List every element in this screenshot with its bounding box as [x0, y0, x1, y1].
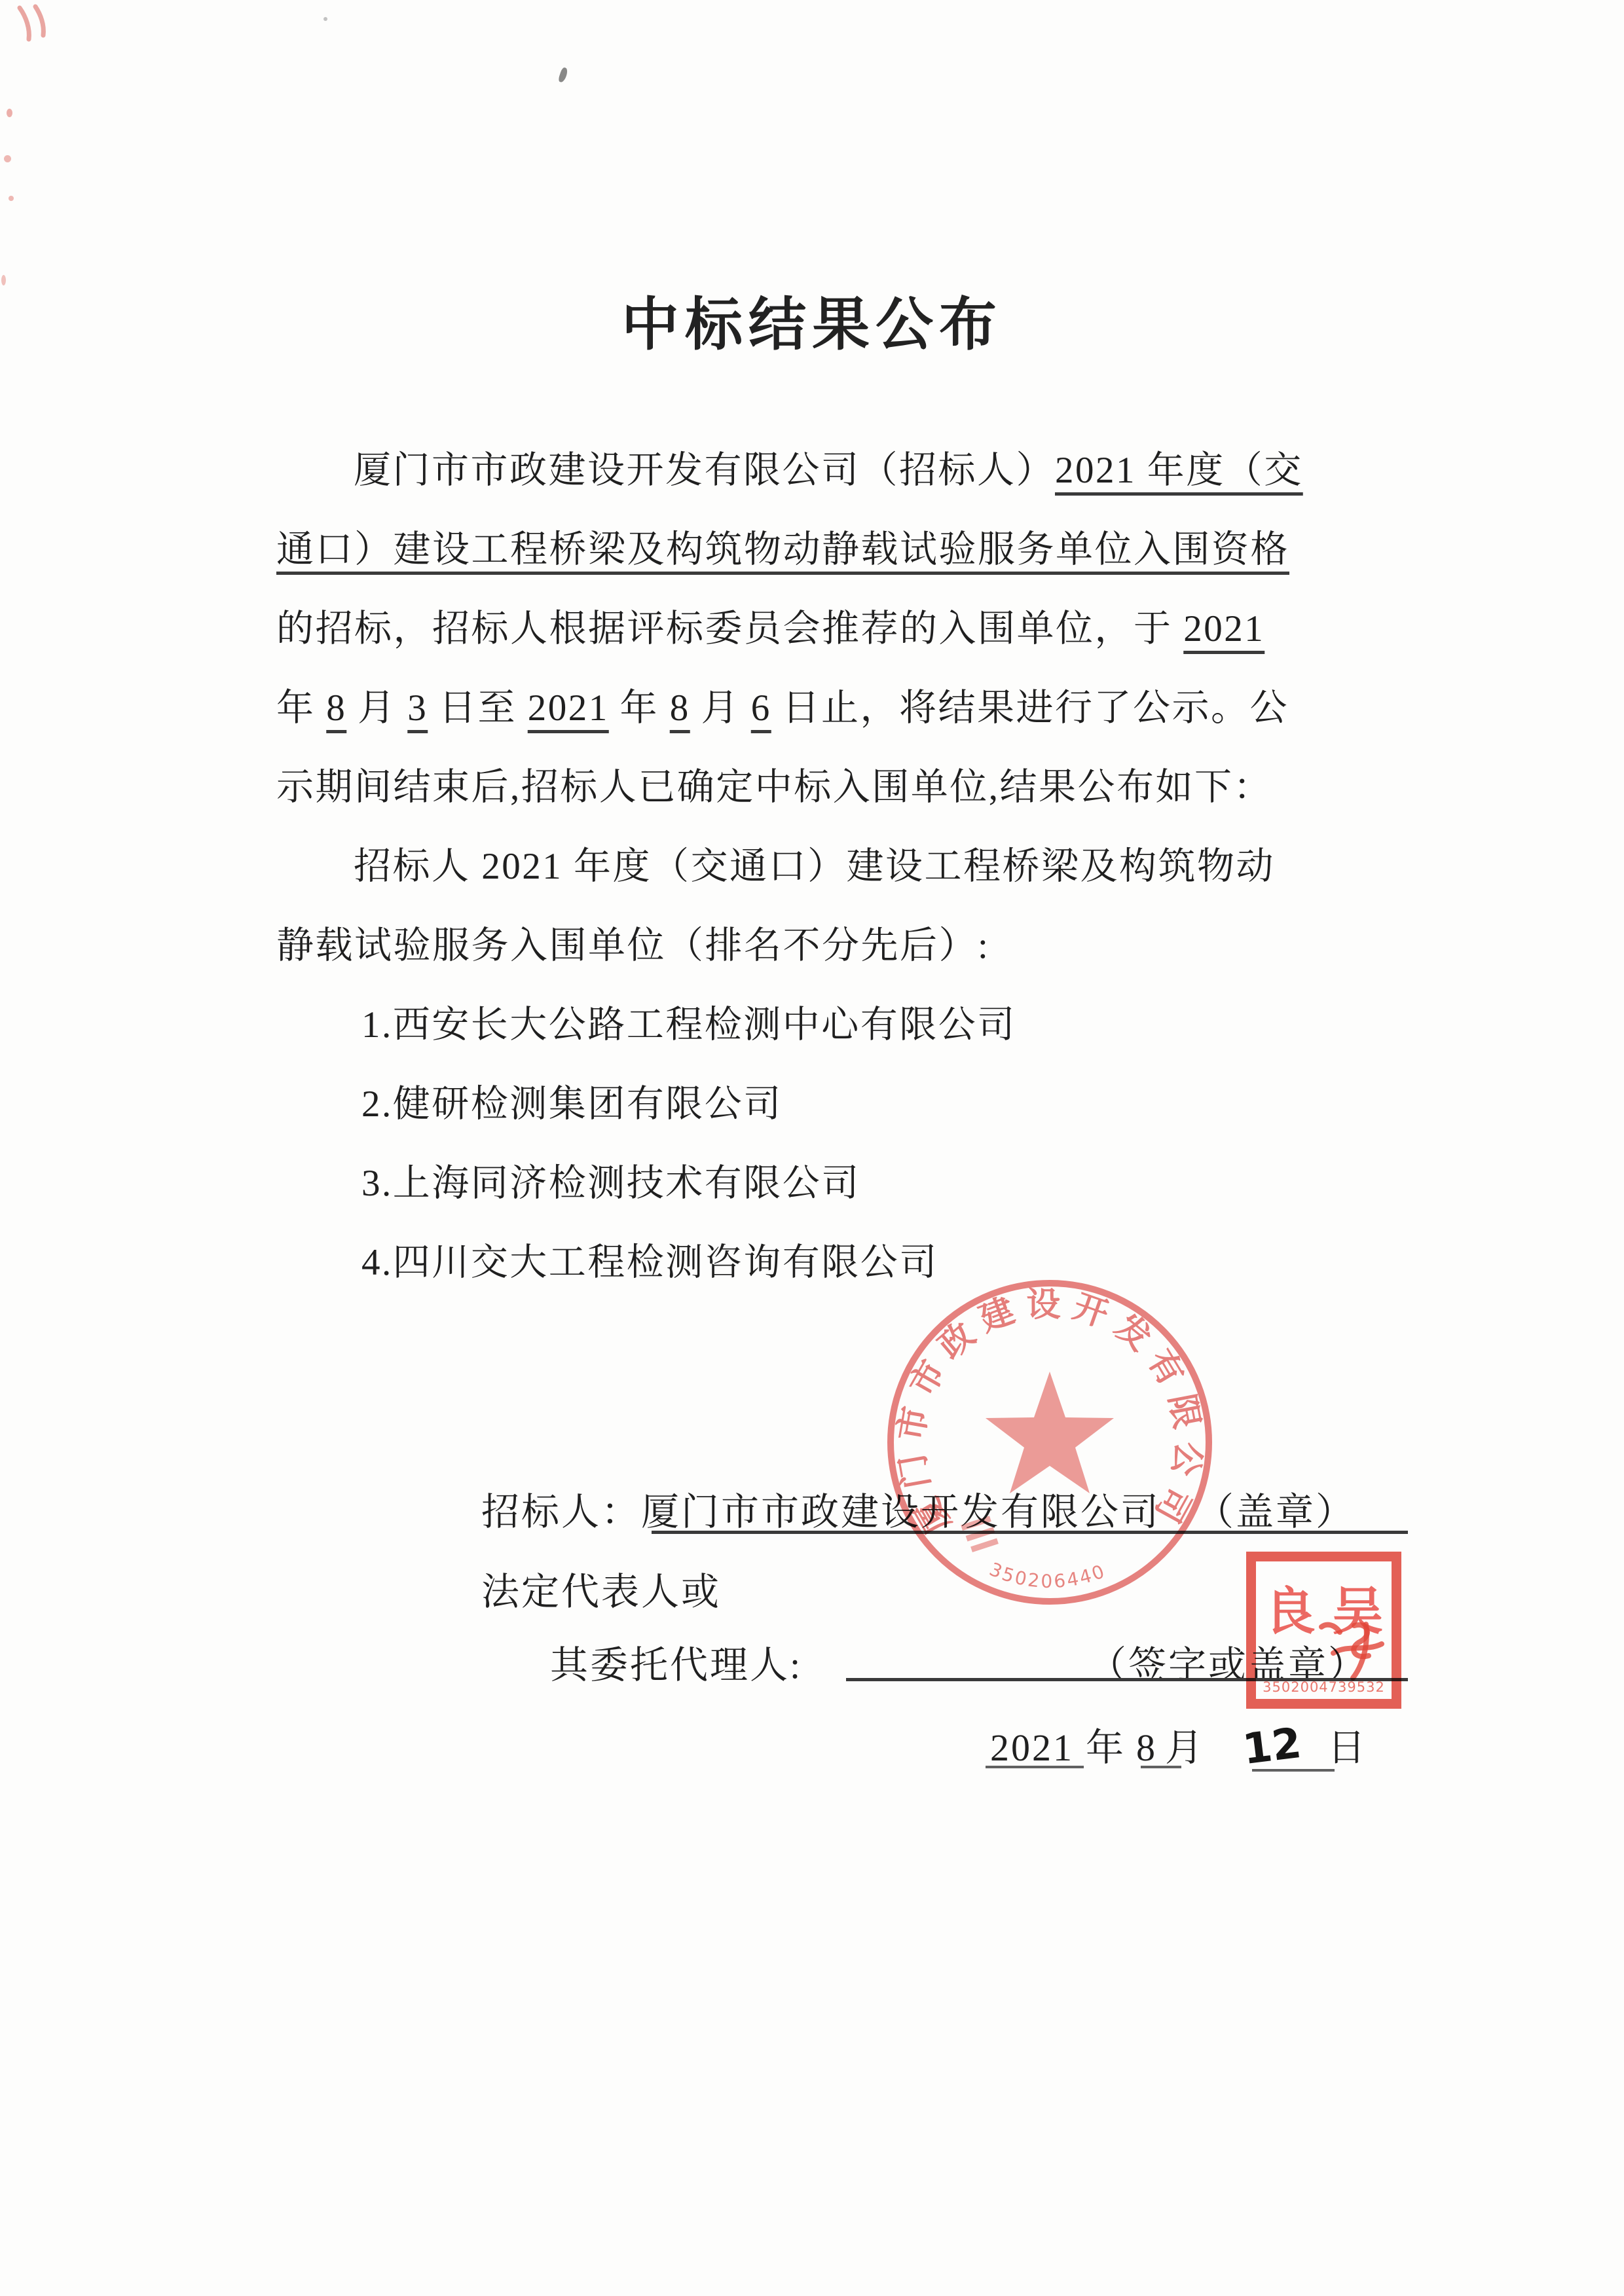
- document-page: { "doc": { "title": "中标结果公布" }, "body": …: [0, 0, 1624, 2296]
- list-item: 3.上海同济检测技术有限公司: [276, 1144, 1403, 1223]
- date-year-underline: [986, 1766, 1084, 1768]
- seal-signature-flourish: [1256, 1561, 1392, 1699]
- seal-note: （盖章）: [1196, 1491, 1356, 1533]
- scan-artifact-topleft: [13, 3, 50, 43]
- scan-artifact-dot: [323, 17, 327, 21]
- date-line: 2021年8月12日: [990, 1717, 1367, 1772]
- company-name: 3.上海同济检测技术有限公司: [361, 1163, 860, 1204]
- list-item: 1.西安长大公路工程检测中心有限公司: [276, 985, 1403, 1065]
- date-year: 2021: [990, 1726, 1074, 1770]
- seal-inner-mark: [961, 1516, 999, 1553]
- underlined-text: 2021: [528, 687, 609, 729]
- underlined-text: 2021 年度（交: [1055, 450, 1303, 491]
- paragraph1-line4: 年 8 月 3 日至 2021 年 8 月 6 日止，将结果进行了公示。公: [276, 668, 1403, 748]
- company-name: 2.健研检测集团有限公司: [361, 1084, 783, 1125]
- legal-rep-line: 法定代表人或: [481, 1561, 721, 1616]
- company-name: 1.西安长大公路工程检测中心有限公司: [361, 1004, 1016, 1046]
- date-month-underline: [1141, 1766, 1181, 1768]
- body-text-run: 月: [346, 687, 407, 729]
- body-text-run: 月: [690, 687, 751, 729]
- round-company-seal: 厦门市市政建设开发有限公司 3502064404: [881, 1275, 1219, 1613]
- paragraph1-line3: 的招标，招标人根据评标委员会推荐的入围单位，于 2021: [276, 589, 1403, 668]
- underlined-text: 6: [751, 687, 771, 729]
- page-title: 中标结果公布: [0, 279, 1624, 361]
- body-text-run: 日止，将结果进行了公示。公: [771, 687, 1289, 729]
- scan-artifact-dot: [9, 196, 14, 201]
- underlined-text: 2021: [1183, 608, 1264, 649]
- paragraph2-line1: 招标人 2021 年度（交通口）建设工程桥梁及构筑物动: [276, 827, 1403, 906]
- body-text-run: 日至: [428, 687, 528, 729]
- company-name: 4.四川交大工程检测咨询有限公司: [361, 1242, 938, 1283]
- body-text-run: 厦门市市政建设开发有限公司（招标人）: [354, 450, 1055, 491]
- square-name-seal: 良 吴 3502004739532: [1246, 1552, 1401, 1709]
- paragraph1-line2: 通口）建设工程桥梁及构筑物动静载试验服务单位入围资格: [276, 510, 1403, 589]
- date-month: 8: [1136, 1726, 1157, 1770]
- underlined-text: 3: [407, 687, 428, 729]
- body-text-run: 年: [276, 687, 326, 729]
- date-day-unit: 日: [1327, 1717, 1367, 1772]
- body-text: 厦门市市政建设开发有限公司（招标人）2021 年度（交 通口）建设工程桥梁及构筑…: [276, 431, 1403, 1302]
- body-text-run: 静载试验服务入围单位（排名不分先后）:: [276, 925, 989, 966]
- body-text-run: 年: [609, 687, 670, 729]
- paragraph2-line2: 静载试验服务入围单位（排名不分先后）:: [276, 906, 1403, 985]
- body-text-run: 的招标，招标人根据评标委员会推荐的入围单位，于: [276, 608, 1183, 649]
- scan-artifact-mark: [558, 67, 569, 83]
- paragraph1-line1: 厦门市市政建设开发有限公司（招标人）2021 年度（交: [276, 431, 1403, 510]
- scan-artifact-dot: [7, 109, 12, 117]
- agent-label: 其委托代理人:: [550, 1634, 802, 1689]
- list-item: 2.健研检测集团有限公司: [276, 1065, 1403, 1144]
- paragraph1-line5: 示期间结束后,招标人已确定中标入围单位,结果公布如下：: [276, 748, 1403, 827]
- seal-star-icon: [986, 1372, 1114, 1493]
- underlined-text: 8: [326, 687, 346, 729]
- bidder-label: 招标人：: [481, 1491, 641, 1533]
- body-text-run: 招标人 2021 年度（交通口）建设工程桥梁及构筑物动: [354, 846, 1275, 887]
- date-day-underline: [1252, 1769, 1335, 1772]
- underlined-text: 通口）建设工程桥梁及构筑物动静载试验服务单位入围资格: [276, 529, 1289, 570]
- scan-artifact-dot: [4, 155, 11, 162]
- date-day-handwritten: 12: [1240, 1719, 1304, 1774]
- underlined-text: 8: [670, 687, 690, 729]
- body-text-run: 示期间结束后,招标人已确定中标入围单位,结果公布如下：: [276, 767, 1272, 808]
- seal-number: 3502004739532: [1256, 1679, 1392, 1695]
- date-year-unit: 年: [1086, 1717, 1126, 1772]
- list-item: 4.四川交大工程检测咨询有限公司: [276, 1223, 1403, 1302]
- date-month-unit: 月: [1165, 1717, 1205, 1772]
